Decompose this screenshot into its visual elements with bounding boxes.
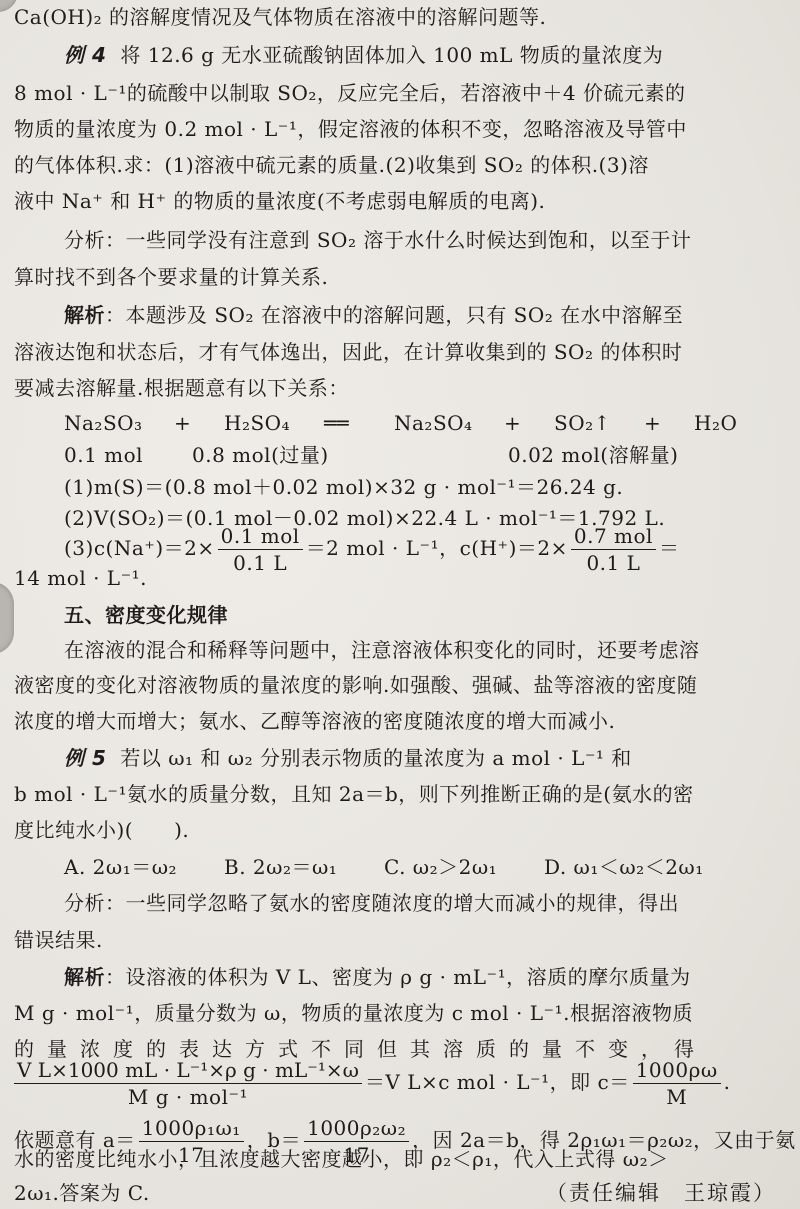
editor-credit: （责任编辑 王琼霞）	[546, 1178, 776, 1208]
conclusion-line-1: 水的密度比纯水小，且浓度越大密度越小，即 ρ₂＜ρ₁，代入上式得 ω₂＞	[14, 1144, 784, 1174]
lower-block-overlay: 水的密度比纯水小，且浓度越大密度越小，即 ρ₂＜ρ₁，代入上式得 ω₂＞ 2ω₁…	[0, 0, 800, 1209]
